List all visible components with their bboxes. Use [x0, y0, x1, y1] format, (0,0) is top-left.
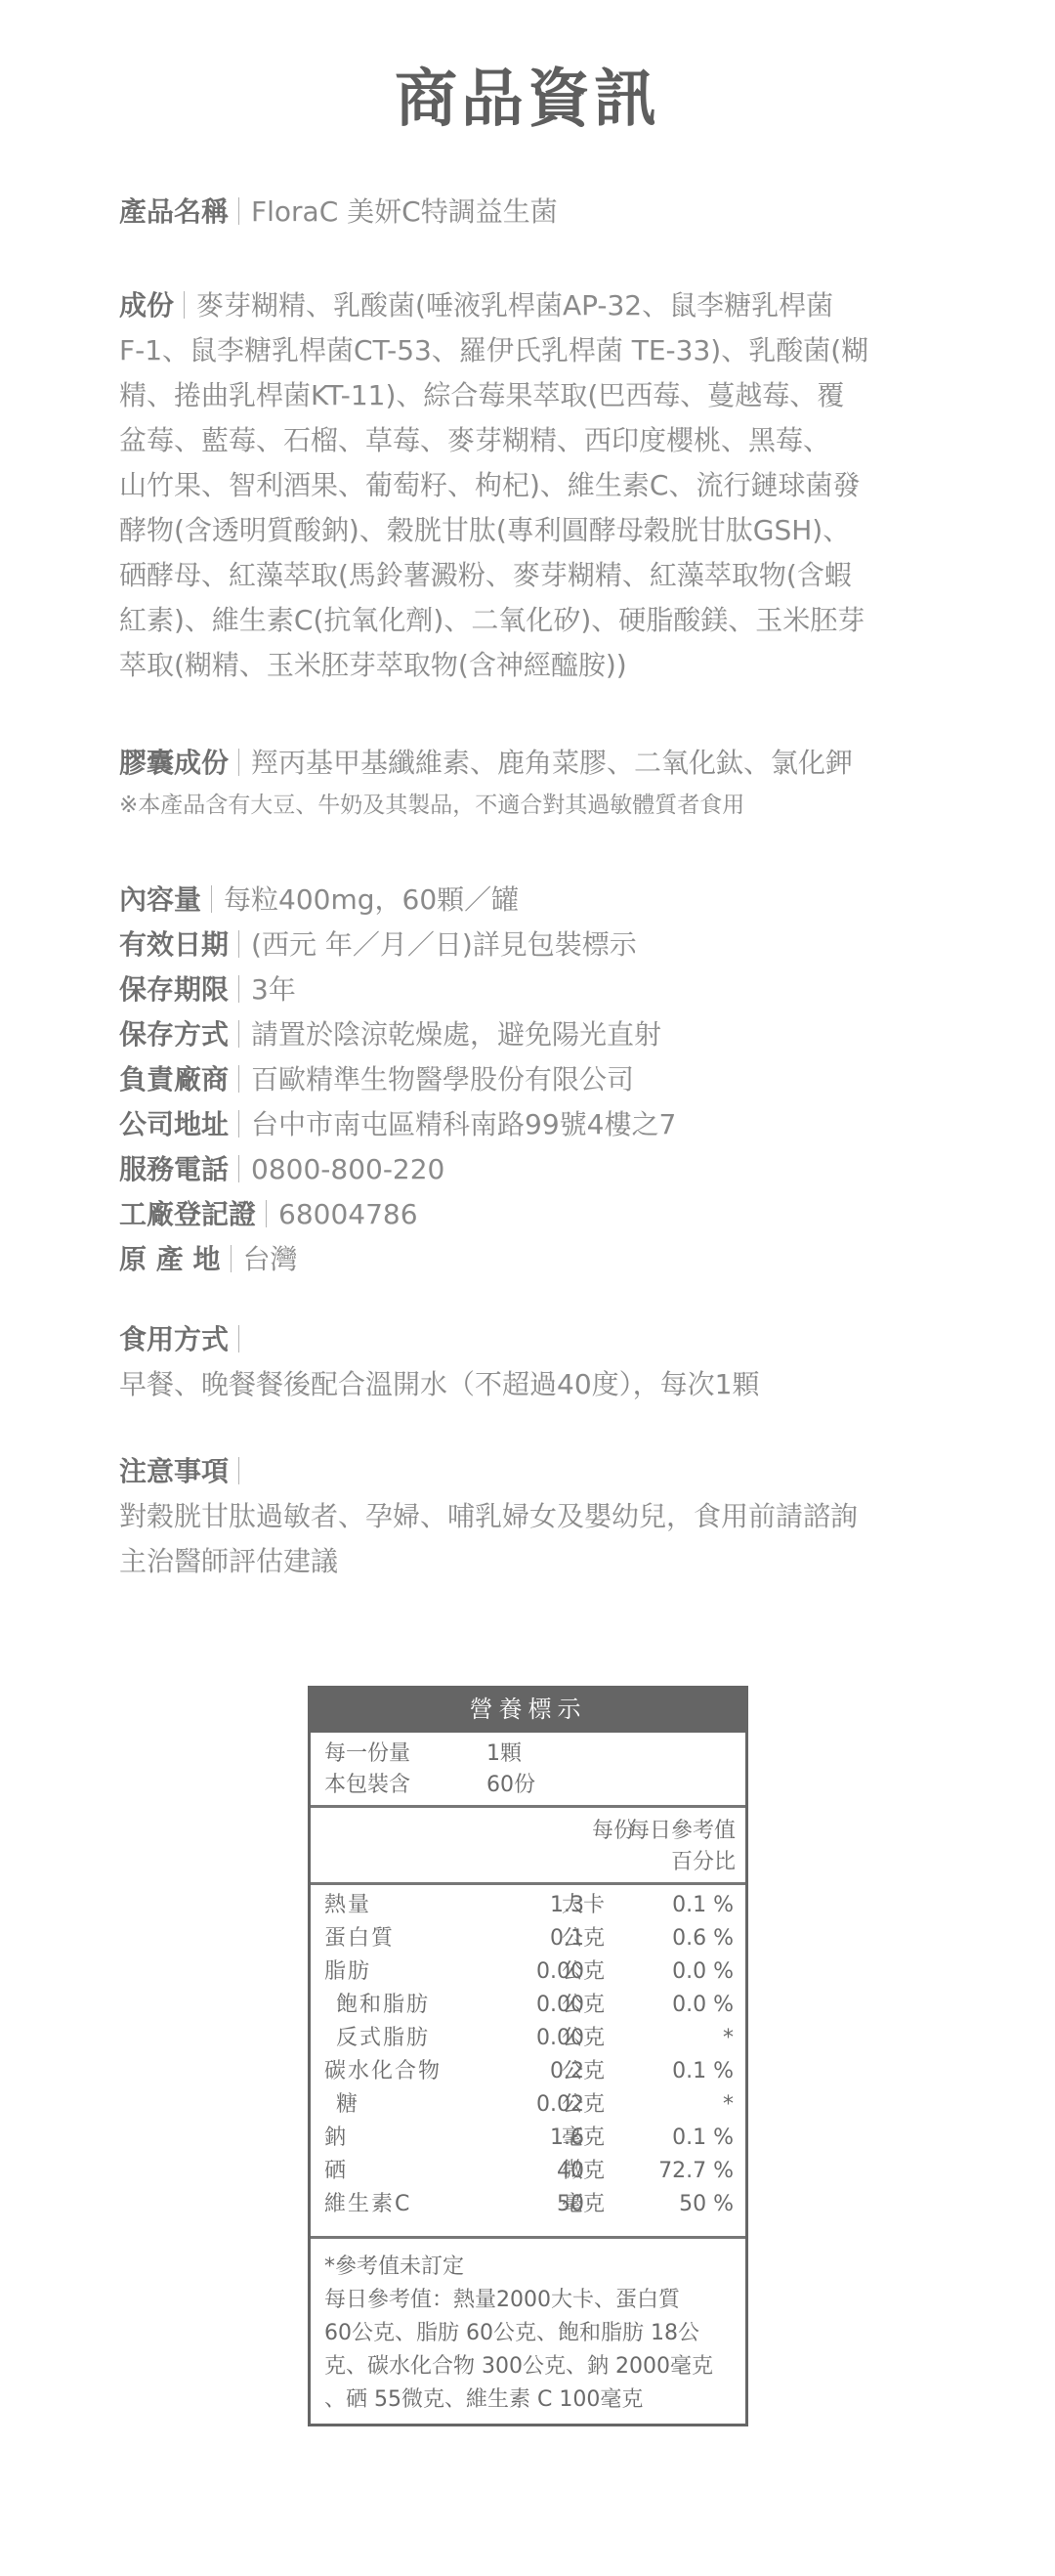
footnote-line: 60公克、脂肪 60公克、飽和脂肪 18公 — [324, 2317, 736, 2350]
nutrient-name: 蛋白質 — [324, 1922, 395, 1955]
divider — [238, 975, 239, 1003]
divider — [238, 1110, 239, 1138]
ingredients-line: 山竹果、智利酒果、葡萄籽、枸杞)、維生素C、流行鏈球菌發 — [119, 463, 949, 508]
spec-label: 保存方式 — [119, 1018, 229, 1051]
nutrient-unit: 毫克 — [562, 2188, 605, 2221]
divider — [238, 1155, 239, 1182]
spec-value: 68004786 — [278, 1198, 418, 1230]
usage-block: 食用方式 早餐、晚餐餐後配合溫開水（不超過40度），每次1顆 — [119, 1317, 949, 1407]
spec-label: 工廠登記證 — [119, 1198, 256, 1230]
divider — [266, 1200, 267, 1227]
divider — [238, 1065, 239, 1093]
nutrient-pct: 0.0 % — [672, 1955, 734, 1989]
nutrient-name: 飽和脂肪 — [336, 1989, 430, 2022]
spec-value: 請置於陰涼乾燥處，避免陽光直射 — [251, 1018, 661, 1051]
spec-value: 3年 — [251, 973, 296, 1006]
spec-row-address: 公司地址台中市南屯區精科南路99號4樓之7 — [119, 1102, 949, 1147]
spec-value: (西元 年／月／日)詳見包裝標示 — [251, 928, 637, 961]
spec-row-phone: 服務電話0800-800-220 — [119, 1147, 949, 1192]
divider — [238, 1457, 239, 1484]
nutrient-pct: 0.1 % — [672, 1889, 734, 1922]
usage-label: 食用方式 — [119, 1323, 229, 1355]
footnote-line: 克、碳水化合物 300公克、鈉 2000毫克 — [324, 2350, 736, 2383]
spec-label: 原 產 地 — [119, 1243, 221, 1275]
nutrient-row: 維生素C50毫克50 % — [311, 2188, 745, 2221]
spec-value: 每粒400mg，60顆／罐 — [224, 883, 519, 916]
allergen-note: ※本產品含有大豆、牛奶及其製品，不適合對其過敏體質者食用 — [119, 786, 949, 825]
nutrient-row: 蛋白質0.1公克0.6 % — [311, 1922, 745, 1955]
footnote-line: *參考值未訂定 — [324, 2251, 736, 2284]
nutrient-pct: * — [723, 2088, 734, 2122]
nutrient-pct: 0.0 % — [672, 1989, 734, 2022]
spec-value: 0800-800-220 — [251, 1153, 444, 1185]
ingredients-block: 成份麥芽糊精、乳酸菌(唾液乳桿菌AP-32、鼠李糖乳桿菌 F-1、鼠李糖乳桿菌C… — [119, 283, 949, 688]
spec-label: 公司地址 — [119, 1108, 229, 1140]
capsule-value: 羥丙基甲基纖維素、鹿角菜膠、二氧化鈦、氯化鉀 — [251, 747, 853, 779]
nutrient-pct: 0.1 % — [672, 2122, 734, 2155]
divider — [238, 930, 239, 958]
caution-label: 注意事項 — [119, 1455, 229, 1487]
nutrient-name: 糖 — [336, 2088, 359, 2122]
nutrition-column-header: 每份 每日參考值 百分比 — [311, 1808, 745, 1885]
nutrient-pct: 0.6 % — [672, 1922, 734, 1955]
page-title: 商品資訊 — [0, 61, 1055, 139]
spec-value: 台中市南屯區精科南路99號4樓之7 — [251, 1108, 676, 1140]
nutrient-pct: 50 % — [679, 2188, 734, 2221]
servings-label: 本包裝含 — [324, 1770, 486, 1801]
nutrition-footnote: *參考值未訂定 每日參考值：熱量2000大卡、蛋白質 60公克、脂肪 60公克、… — [311, 2239, 745, 2417]
nutrient-name: 反式脂肪 — [336, 2022, 430, 2055]
spec-row-shelf-life: 保存期限3年 — [119, 967, 949, 1012]
ingredients-line: 硒酵母、紅藻萃取(馬鈴薯澱粉、麥芽糊精、紅藻萃取物(含蝦 — [119, 553, 949, 598]
nutrient-row: 鈉1.6毫克0.1 % — [311, 2122, 745, 2155]
spec-value: 台灣 — [243, 1243, 298, 1275]
ingredients-line: 萃取(糊精、玉米胚芽萃取物(含神經醯胺)) — [119, 643, 949, 688]
nutrient-row: 飽和脂肪0.00公克0.0 % — [311, 1989, 745, 2022]
nutrient-unit: 公克 — [562, 1955, 605, 1989]
specs-block: 內容量每粒400mg，60顆／罐 有效日期(西元 年／月／日)詳見包裝標示 保存… — [119, 878, 949, 1282]
ingredients-line: F-1、鼠李糖乳桿菌CT-53、羅伊氏乳桿菌 TE-33)、乳酸菌(糊 — [119, 328, 949, 373]
spec-label: 內容量 — [119, 883, 201, 916]
divider — [211, 885, 212, 913]
ingredients-line: 酵物(含透明質酸鈉)、穀胱甘肽(專利圓酵母穀胱甘肽GSH)、 — [119, 508, 949, 553]
col-daily-ref-line2: 百分比 — [628, 1847, 736, 1878]
nutrient-unit: 公克 — [562, 2088, 605, 2122]
spec-row-content: 內容量每粒400mg，60顆／罐 — [119, 878, 949, 923]
spec-row-origin: 原 產 地台灣 — [119, 1237, 949, 1282]
spec-value: 百歐精準生物醫學股份有限公司 — [251, 1063, 634, 1095]
nutrient-name: 維生素C — [324, 2188, 411, 2221]
divider — [231, 1245, 232, 1272]
col-daily-ref: 每日參考值 百分比 — [628, 1816, 736, 1878]
ingredients-label: 成份 — [119, 289, 174, 322]
ingredients-line: 紅素)、維生素C(抗氧化劑)、二氧化矽)、硬脂酸鎂、玉米胚芽 — [119, 598, 949, 643]
footnote-line: 、硒 55微克、維生素 C 100毫克 — [324, 2383, 736, 2417]
caution-line: 對穀胱甘肽過敏者、孕婦、哺乳婦女及嬰幼兒，食用前請諮詢 — [119, 1494, 949, 1539]
spec-label: 保存期限 — [119, 973, 229, 1006]
nutrient-unit: 公克 — [562, 2022, 605, 2055]
divider — [184, 291, 185, 319]
serving-info: 每一份量1顆 本包裝含60份 — [311, 1733, 745, 1808]
ingredients-line: 精、捲曲乳桿菌KT-11)、綜合莓果萃取(巴西莓、蔓越莓、覆 — [119, 373, 949, 418]
caution-line: 主治醫師評估建議 — [119, 1539, 949, 1584]
capsule-block: 膠囊成份羥丙基甲基纖維素、鹿角菜膠、二氧化鈦、氯化鉀 ※本產品含有大豆、牛奶及其… — [119, 741, 949, 825]
spec-row-factory-reg: 工廠登記證68004786 — [119, 1192, 949, 1237]
nutrient-pct: 0.1 % — [672, 2055, 734, 2088]
nutrient-unit: 微克 — [562, 2155, 605, 2188]
serving-size-label: 每一份量 — [324, 1739, 486, 1770]
divider — [238, 749, 239, 776]
nutrient-row: 碳水化合物0.2公克0.1 % — [311, 2055, 745, 2088]
spec-label: 服務電話 — [119, 1153, 229, 1185]
serving-size-value: 1顆 — [486, 1739, 522, 1770]
col-daily-ref-line1: 每日參考值 — [628, 1816, 736, 1847]
nutrient-unit: 公克 — [562, 1922, 605, 1955]
nutrient-name: 硒 — [324, 2155, 348, 2188]
nutrient-name: 碳水化合物 — [324, 2055, 442, 2088]
nutrient-unit: 大卡 — [562, 1889, 605, 1922]
nutrient-unit: 公克 — [562, 1989, 605, 2022]
spec-row-expiry: 有效日期(西元 年／月／日)詳見包裝標示 — [119, 923, 949, 967]
nutrient-name: 熱量 — [324, 1889, 371, 1922]
spec-label: 負責廠商 — [119, 1063, 229, 1095]
caution-block: 注意事項 對穀胱甘肽過敏者、孕婦、哺乳婦女及嬰幼兒，食用前請諮詢 主治醫師評估建… — [119, 1449, 949, 1584]
nutrient-row: 熱量1.3大卡0.1 % — [311, 1889, 745, 1922]
nutrient-row: 糖0.02公克* — [311, 2088, 745, 2122]
spec-label: 有效日期 — [119, 928, 229, 961]
divider — [238, 1325, 239, 1352]
nutrient-name: 鈉 — [324, 2122, 348, 2155]
spec-row-manufacturer: 負責廠商百歐精準生物醫學股份有限公司 — [119, 1057, 949, 1102]
nutrient-pct: 72.7 % — [658, 2155, 734, 2188]
product-name-row: 產品名稱FloraC 美妍C特調益生菌 — [119, 190, 949, 235]
ingredients-line: 盆莓、藍莓、石榴、草莓、麥芽糊精、西印度櫻桃、黑莓、 — [119, 418, 949, 463]
product-name-value: FloraC 美妍C特調益生菌 — [251, 195, 558, 228]
product-name-label: 產品名稱 — [119, 195, 229, 228]
spec-row-storage: 保存方式請置於陰涼乾燥處，避免陽光直射 — [119, 1012, 949, 1057]
divider — [238, 197, 239, 225]
nutrient-row: 脂肪0.00公克0.0 % — [311, 1955, 745, 1989]
nutrient-row: 反式脂肪0.00公克* — [311, 2022, 745, 2055]
nutrient-pct: * — [723, 2022, 734, 2055]
nutrient-row: 硒40微克72.7 % — [311, 2155, 745, 2188]
divider — [238, 1020, 239, 1048]
ingredients-line: 麥芽糊精、乳酸菌(唾液乳桿菌AP-32、鼠李糖乳桿菌 — [196, 289, 833, 322]
nutrient-name: 脂肪 — [324, 1955, 371, 1989]
nutrient-unit: 公克 — [562, 2055, 605, 2088]
nutrition-title: 營養標示 — [308, 1686, 748, 1733]
footnote-line: 每日參考值：熱量2000大卡、蛋白質 — [324, 2284, 736, 2317]
nutrient-rows: 熱量1.3大卡0.1 % 蛋白質0.1公克0.6 % 脂肪0.00公克0.0 %… — [311, 1885, 745, 2239]
usage-value: 早餐、晚餐餐後配合溫開水（不超過40度），每次1顆 — [119, 1362, 949, 1407]
nutrition-table: 營養標示 每一份量1顆 本包裝含60份 每份 每日參考值 百分比 熱量1.3大卡… — [308, 1686, 748, 2426]
nutrient-unit: 毫克 — [562, 2122, 605, 2155]
capsule-label: 膠囊成份 — [119, 747, 229, 779]
servings-value: 60份 — [486, 1770, 535, 1801]
